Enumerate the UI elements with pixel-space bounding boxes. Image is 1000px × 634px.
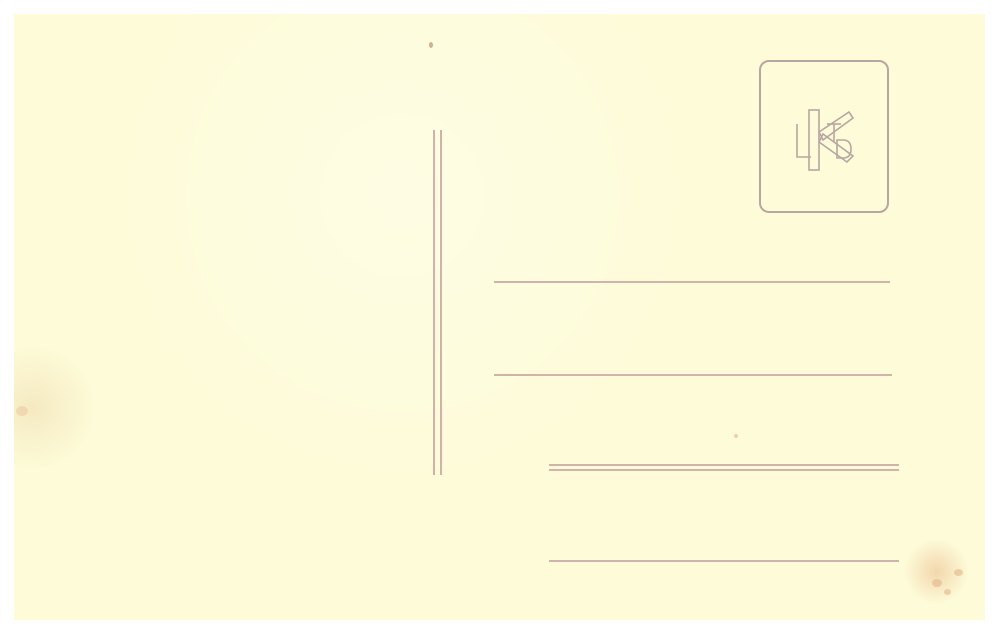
center-divider-line-left: [433, 130, 435, 475]
monogram-k-ltd-icon: [761, 62, 891, 215]
address-line-2: [494, 374, 892, 376]
foxing-spot: [734, 434, 738, 438]
address-line-3b: [549, 469, 899, 471]
address-line-1: [494, 281, 890, 283]
foxing-spot: [954, 569, 963, 576]
address-line-4: [549, 560, 899, 562]
foxing-spot: [429, 42, 433, 48]
address-line-3a: [549, 464, 899, 466]
stamp-box: [759, 60, 889, 213]
foxing-spot: [932, 579, 942, 587]
foxing-spot: [944, 589, 951, 595]
foxing-spot: [16, 406, 28, 416]
center-divider-line-right: [440, 130, 442, 475]
postcard-back: [14, 14, 985, 620]
